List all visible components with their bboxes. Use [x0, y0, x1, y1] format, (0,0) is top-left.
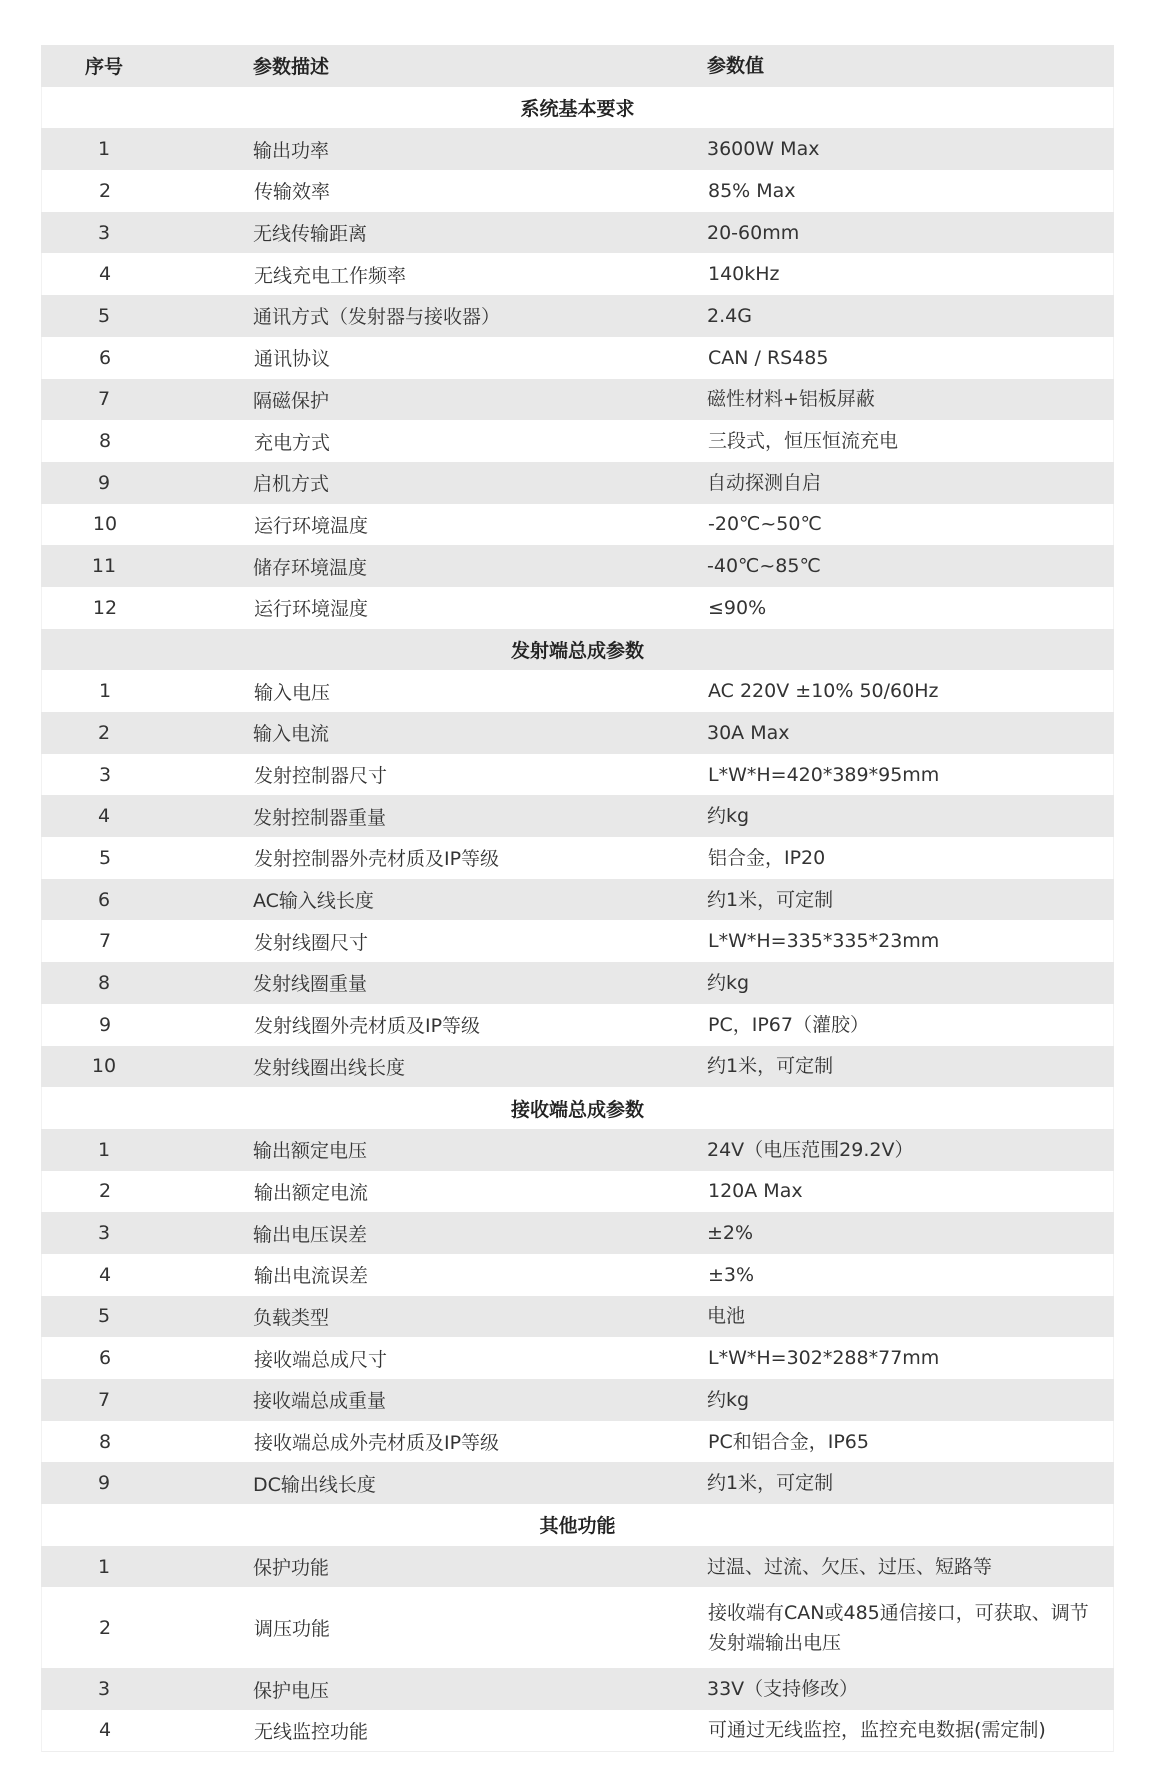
row-value: 过温、过流、欠压、过压、短路等	[707, 1552, 1114, 1582]
row-index: 10	[41, 1055, 167, 1077]
column-header-description: 参数描述	[167, 52, 707, 79]
table-row: 2调压功能接收端有CAN或485通信接口，可获取、调节发射端输出电压	[41, 1587, 1114, 1668]
row-value: ±3%	[708, 1260, 1113, 1290]
section-header: 发射端总成参数	[41, 629, 1114, 671]
table-row: 9DC输出线长度约1米，可定制	[41, 1462, 1114, 1504]
table-row: 8充电方式三段式，恒压恒流充电	[41, 420, 1114, 462]
section-title: 其他功能	[539, 1511, 615, 1538]
table-row: 9启机方式自动探测自启	[41, 462, 1114, 504]
row-description: 负载类型	[167, 1303, 707, 1330]
section-title: 接收端总成参数	[511, 1095, 644, 1122]
row-value: 33V（支持修改）	[707, 1674, 1114, 1704]
row-index: 1	[42, 680, 168, 702]
row-value: AC 220V ±10% 50/60Hz	[708, 676, 1113, 706]
table-header: 序号 参数描述 参数值	[41, 45, 1114, 87]
table-row: 10运行环境温度-20℃~50℃	[41, 504, 1114, 546]
row-description: 无线传输距离	[167, 219, 707, 246]
row-value: 85% Max	[708, 176, 1113, 206]
row-description: AC输入线长度	[167, 886, 707, 913]
row-description: 接收端总成重量	[167, 1386, 707, 1413]
row-description: 隔磁保护	[167, 386, 707, 413]
column-header-value: 参数值	[707, 51, 1114, 81]
table-row: 2输入电流30A Max	[41, 712, 1114, 754]
row-index: 8	[42, 1431, 168, 1453]
table-row: 12运行环境湿度≤90%	[41, 587, 1114, 629]
row-value: -20℃~50℃	[708, 509, 1113, 539]
row-index: 2	[42, 1180, 168, 1202]
section-header: 接收端总成参数	[41, 1087, 1114, 1129]
table-row: 5发射控制器外壳材质及IP等级铝合金，IP20	[41, 837, 1114, 879]
row-index: 8	[42, 430, 168, 452]
table-row: 5负载类型电池	[41, 1296, 1114, 1338]
row-value: PC和铝合金，IP65	[708, 1427, 1113, 1457]
table-row: 2输出额定电流120A Max	[41, 1171, 1114, 1213]
row-index: 9	[41, 472, 167, 494]
row-value: 140kHz	[708, 259, 1113, 289]
row-description: 发射控制器外壳材质及IP等级	[168, 844, 708, 871]
row-value: 120A Max	[708, 1176, 1113, 1206]
row-index: 4	[41, 805, 167, 827]
row-description: 运行环境湿度	[168, 594, 708, 621]
row-description: 储存环境温度	[167, 553, 707, 580]
section-title: 发射端总成参数	[511, 636, 644, 663]
row-description: 接收端总成尺寸	[168, 1345, 708, 1372]
row-value: 可通过无线监控，监控充电数据(需定制)	[708, 1715, 1113, 1745]
row-description: 保护功能	[167, 1553, 707, 1580]
row-index: 7	[42, 930, 168, 952]
row-index: 4	[42, 1264, 168, 1286]
row-value: ≤90%	[708, 593, 1113, 623]
row-description: 发射控制器尺寸	[168, 761, 708, 788]
row-description: 发射控制器重量	[167, 803, 707, 830]
table-row: 2传输效率85% Max	[41, 170, 1114, 212]
table-row: 6通讯协议CAN / RS485	[41, 337, 1114, 379]
table-row: 11储存环境温度-40℃~85℃	[41, 545, 1114, 587]
row-description: 通讯协议	[168, 344, 708, 371]
row-value: CAN / RS485	[708, 343, 1113, 373]
row-index: 2	[42, 1617, 168, 1639]
row-description: 输入电流	[167, 719, 707, 746]
table-row: 1保护功能过温、过流、欠压、过压、短路等	[41, 1546, 1114, 1588]
table-row: 6接收端总成尺寸L*W*H=302*288*77mm	[41, 1337, 1114, 1379]
column-header-index: 序号	[41, 52, 167, 79]
row-index: 11	[41, 555, 167, 577]
row-value: 约1米，可定制	[707, 885, 1114, 915]
row-value: 24V（电压范围29.2V）	[707, 1135, 1114, 1165]
table-row: 9发射线圈外壳材质及IP等级PC，IP67（灌胶）	[41, 1004, 1114, 1046]
row-index: 1	[41, 138, 167, 160]
row-index: 5	[41, 1305, 167, 1327]
row-description: 输出电压误差	[167, 1220, 707, 1247]
row-index: 12	[42, 597, 168, 619]
row-value: 约kg	[707, 1385, 1114, 1415]
row-index: 2	[42, 180, 168, 202]
table-row: 4无线监控功能可通过无线监控，监控充电数据(需定制)	[41, 1710, 1114, 1752]
row-value: 20-60mm	[707, 218, 1114, 248]
table-row: 3输出电压误差±2%	[41, 1212, 1114, 1254]
row-index: 10	[42, 513, 168, 535]
row-value: 3600W Max	[707, 134, 1114, 164]
section-title: 系统基本要求	[520, 94, 634, 121]
row-description: 输入电压	[168, 678, 708, 705]
section-header: 系统基本要求	[41, 87, 1114, 129]
table-row: 8发射线圈重量约kg	[41, 962, 1114, 1004]
row-index: 9	[41, 1472, 167, 1494]
row-description: 发射线圈重量	[167, 969, 707, 996]
row-description: 运行环境温度	[168, 511, 708, 538]
row-index: 6	[41, 889, 167, 911]
row-description: 发射线圈尺寸	[168, 928, 708, 955]
table-row: 1输出功率3600W Max	[41, 128, 1114, 170]
section-header: 其他功能	[41, 1504, 1114, 1546]
table-row: 3无线传输距离20-60mm	[41, 212, 1114, 254]
row-index: 1	[41, 1556, 167, 1578]
row-index: 7	[41, 388, 167, 410]
row-description: 启机方式	[167, 469, 707, 496]
row-index: 6	[42, 347, 168, 369]
row-description: 接收端总成外壳材质及IP等级	[168, 1428, 708, 1455]
row-value: L*W*H=335*335*23mm	[708, 926, 1113, 956]
spec-table: 序号 参数描述 参数值 系统基本要求1输出功率3600W Max2传输效率85%…	[41, 45, 1114, 1752]
table-row: 7隔磁保护磁性材料+铝板屏蔽	[41, 379, 1114, 421]
table-row: 7接收端总成重量约kg	[41, 1379, 1114, 1421]
row-index: 4	[42, 1719, 168, 1741]
row-description: 保护电压	[167, 1676, 707, 1703]
row-index: 9	[42, 1014, 168, 1036]
row-description: 输出功率	[167, 136, 707, 163]
row-description: 通讯方式（发射器与接收器）	[167, 302, 707, 329]
row-value: 磁性材料+铝板屏蔽	[707, 384, 1114, 414]
row-value: PC，IP67（灌胶）	[708, 1010, 1113, 1040]
row-description: 发射线圈出线长度	[167, 1053, 707, 1080]
row-index: 3	[41, 1222, 167, 1244]
row-value: 电池	[707, 1301, 1114, 1331]
row-index: 5	[42, 847, 168, 869]
table-row: 1输入电压AC 220V ±10% 50/60Hz	[41, 670, 1114, 712]
row-description: 充电方式	[168, 428, 708, 455]
table-row: 4输出电流误差±3%	[41, 1254, 1114, 1296]
table-row: 4无线充电工作频率140kHz	[41, 253, 1114, 295]
row-description: 输出额定电压	[167, 1136, 707, 1163]
row-index: 6	[42, 1347, 168, 1369]
row-index: 4	[42, 263, 168, 285]
row-description: 传输效率	[168, 177, 708, 204]
table-row: 3发射控制器尺寸L*W*H=420*389*95mm	[41, 754, 1114, 796]
table-row: 3保护电压33V（支持修改）	[41, 1668, 1114, 1710]
row-value: L*W*H=420*389*95mm	[708, 760, 1113, 790]
table-row: 4发射控制器重量约kg	[41, 795, 1114, 837]
row-index: 3	[41, 1678, 167, 1700]
table-row: 5通讯方式（发射器与接收器）2.4G	[41, 295, 1114, 337]
row-index: 3	[41, 222, 167, 244]
row-description: DC输出线长度	[167, 1470, 707, 1497]
row-description: 输出额定电流	[168, 1178, 708, 1205]
row-value: 三段式，恒压恒流充电	[708, 426, 1113, 456]
row-description: 输出电流误差	[168, 1261, 708, 1288]
row-index: 3	[42, 764, 168, 786]
row-value: 约kg	[707, 801, 1114, 831]
row-index: 2	[41, 722, 167, 744]
table-row: 1输出额定电压24V（电压范围29.2V）	[41, 1129, 1114, 1171]
row-value: 约1米，可定制	[707, 1468, 1114, 1498]
row-value: 铝合金，IP20	[708, 843, 1113, 873]
row-value: -40℃~85℃	[707, 551, 1114, 581]
row-value: L*W*H=302*288*77mm	[708, 1343, 1113, 1373]
row-value: 约kg	[707, 968, 1114, 998]
table-row: 8接收端总成外壳材质及IP等级PC和铝合金，IP65	[41, 1421, 1114, 1463]
row-value: 30A Max	[707, 718, 1114, 748]
row-value: 约1米，可定制	[707, 1051, 1114, 1081]
table-row: 10发射线圈出线长度约1米，可定制	[41, 1046, 1114, 1088]
row-index: 7	[41, 1389, 167, 1411]
row-description: 发射线圈外壳材质及IP等级	[168, 1011, 708, 1038]
row-index: 8	[41, 972, 167, 994]
row-description: 调压功能	[168, 1614, 708, 1641]
row-value: 2.4G	[707, 301, 1114, 331]
row-value: ±2%	[707, 1218, 1114, 1248]
row-value: 自动探测自启	[707, 468, 1114, 498]
row-index: 1	[41, 1139, 167, 1161]
table-row: 6AC输入线长度约1米，可定制	[41, 879, 1114, 921]
table-row: 7发射线圈尺寸L*W*H=335*335*23mm	[41, 920, 1114, 962]
row-value: 接收端有CAN或485通信接口，可获取、调节发射端输出电压	[708, 1598, 1113, 1658]
row-description: 无线充电工作频率	[168, 261, 708, 288]
row-index: 5	[41, 305, 167, 327]
row-description: 无线监控功能	[168, 1717, 708, 1744]
